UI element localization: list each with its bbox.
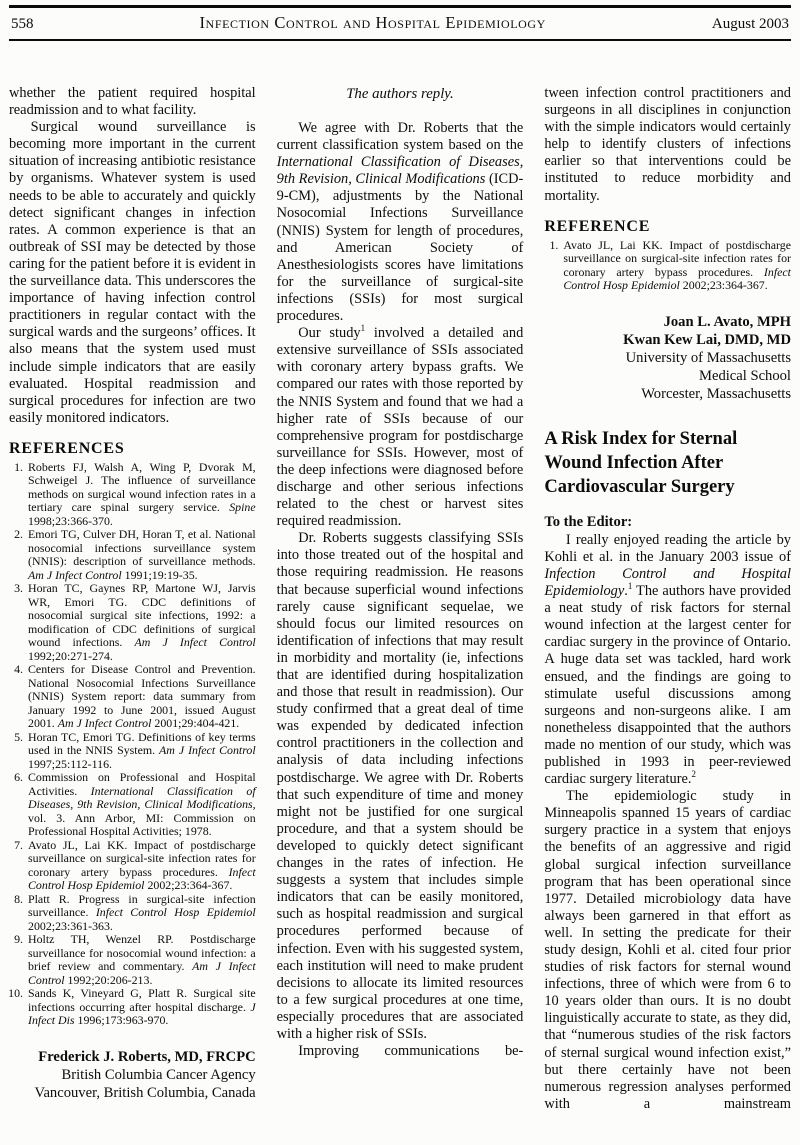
reference-item: Commission on Professional and Hospital … [26,771,256,839]
reference-item: Centers for Disease Control and Preventi… [26,663,256,731]
header-rule-bottom [9,39,791,41]
reference-item: Holtz TH, Wenzel RP. Postdischarge surve… [26,933,256,987]
signature-line: Kwan Kew Lai, DMD, MD [544,331,791,349]
journal-title: Infection Control and Hospital Epidemiol… [199,13,546,33]
column-1: whether the patient required hospital re… [9,85,256,1113]
reference-item: Platt R. Progress in surgical-site infec… [26,893,256,934]
new-letter-title: A Risk Index for Sternal Wound Infection… [544,427,791,499]
references-heading: REFERENCES [9,440,256,458]
reference-item: Roberts FJ, Walsh A, Wing P, Dvorak M, S… [26,461,256,529]
letter-text-continuation: whether the patient required hospital re… [9,85,256,427]
reference-item: Horan TC, Gaynes RP, Martone WJ, Jarvis … [26,582,256,663]
body-paragraph: whether the patient required hospital re… [9,85,256,119]
body-paragraph: Our study1 involved a detailed and exten… [277,325,524,530]
reference-item: Horan TC, Emori TG. Definitions of key t… [26,731,256,772]
column-2: The authors reply. We agree with Dr. Rob… [277,85,524,1113]
reference-item: Avato JL, Lai KK. Impact of postdischarg… [26,839,256,893]
letter-signature-avato-lai: Joan L. Avato, MPHKwan Kew Lai, DMD, MDU… [544,313,791,403]
running-head: 558 Infection Control and Hospital Epide… [9,8,791,39]
signature-line: Medical School [544,367,791,385]
reference-item: Avato JL, Lai KK. Impact of postdischarg… [561,239,791,293]
body-paragraph: Improving communications be- [277,1043,524,1060]
signature-line: University of Massachusetts [544,349,791,367]
reference-item: Sands K, Vineyard G, Platt R. Surgical s… [26,987,256,1028]
to-the-editor-salutation: To the Editor: [544,514,791,531]
column-3: tween infection control practitioners an… [544,85,791,1113]
letter-signature-roberts: Frederick J. Roberts, MD, FRCPCBritish C… [9,1048,256,1102]
issue-date: August 2003 [712,16,789,33]
body-paragraph: Dr. Roberts suggests classifying SSIs in… [277,530,524,1043]
body-paragraph: Surgical wound surveillance is becoming … [9,119,256,427]
new-letter-text: I really enjoyed reading the article by … [544,532,791,1113]
reference-item: Emori TG, Culver DH, Horan T, et al. Nat… [26,528,256,582]
authors-reply-heading: The authors reply. [277,86,524,103]
page-header: 558 Infection Control and Hospital Epide… [9,5,791,41]
three-column-body: whether the patient required hospital re… [9,85,791,1113]
body-paragraph: The epidemiologic study in Minneapolis s… [544,788,791,1113]
signature-line: British Columbia Cancer Agency [9,1066,256,1084]
signature-line: Worcester, Massachusetts [544,385,791,403]
body-paragraph: I really enjoyed reading the article by … [544,532,791,788]
signature-line: Frederick J. Roberts, MD, FRCPC [9,1048,256,1066]
reference-list: Avato JL, Lai KK. Impact of postdischarg… [544,239,791,293]
journal-page: 558 Infection Control and Hospital Epide… [0,5,800,1145]
body-paragraph: We agree with Dr. Roberts that the curre… [277,120,524,325]
signature-line: Vancouver, British Columbia, Canada [9,1084,256,1102]
page-number: 558 [11,16,34,33]
authors-reply-text: We agree with Dr. Roberts that the curre… [277,120,524,1060]
reference-list: Roberts FJ, Walsh A, Wing P, Dvorak M, S… [9,461,256,1028]
reply-continuation-paragraph: tween infection control practitioners an… [544,85,791,205]
reference-heading: REFERENCE [544,218,791,236]
signature-line: Joan L. Avato, MPH [544,313,791,331]
